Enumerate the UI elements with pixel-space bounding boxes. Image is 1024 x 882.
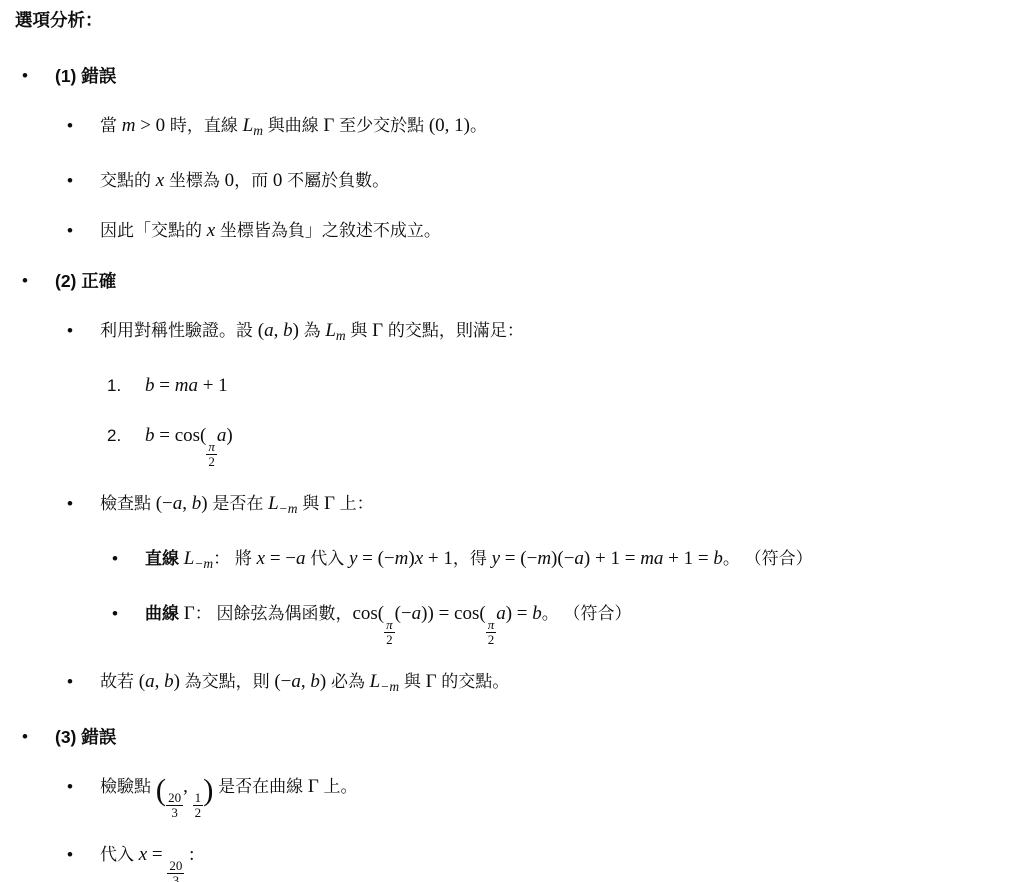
math-run: =: [147, 844, 167, 865]
math-run: a: [145, 671, 155, 692]
math-run: > 0: [135, 115, 165, 136]
list-item-content: 利用對稱性驗證。設 (a, b) 為 Lm 與 Γ 的交點，則滿足：: [100, 316, 1004, 351]
bullet-marker: •: [112, 544, 145, 574]
text-run-bold: 直線: [145, 549, 184, 568]
text-run: 故若: [100, 672, 139, 691]
fraction-denominator: 2: [486, 633, 497, 647]
math-subscript: −m: [194, 556, 213, 571]
text-run: 坐標為: [164, 171, 224, 190]
text-run: 與曲線: [263, 116, 323, 135]
section-3-label: (3) 錯誤: [55, 722, 1004, 752]
math-run: a: [412, 603, 422, 624]
math-run: ma: [175, 375, 198, 396]
math-run: b: [713, 548, 723, 569]
fraction-denominator: 3: [166, 806, 183, 820]
text-run: 坐標皆為負」之敘述不成立。: [215, 221, 441, 240]
list-item: • 利用對稱性驗證。設 (a, b) 為 Lm 與 Γ 的交點，則滿足：: [67, 316, 1004, 351]
math-run: Γ: [372, 320, 383, 341]
math-run: b: [532, 603, 542, 624]
math-run: (−: [274, 671, 291, 692]
text-run: 是否在: [208, 494, 268, 513]
section-label: (3) 錯誤: [55, 727, 116, 747]
fraction-denominator: 2: [206, 455, 217, 469]
list-item-content: b = ma + 1: [145, 371, 1004, 401]
fraction-numerator: 20: [167, 859, 184, 874]
math-run: x: [415, 548, 423, 569]
list-item: • 故若 (a, b) 為交點，則 (−a, b) 必為 L−m 與 Γ 的交點…: [67, 667, 1004, 702]
math-run: a: [264, 320, 274, 341]
math-run: = cos(: [155, 425, 207, 446]
text-run: 。 （符合）: [542, 604, 632, 623]
list-item: • 當 m > 0 時，直線 Lm 與曲線 Γ 至少交於點 (0, 1)。: [67, 111, 1004, 146]
fraction-denominator: 2: [193, 806, 204, 820]
list-item-content: b = cos(π2a): [145, 421, 1004, 469]
section-label: (1) 錯誤: [55, 66, 116, 86]
big-paren-right: ): [203, 772, 213, 807]
text-run: ： 將: [213, 549, 256, 568]
math-run: a: [296, 548, 306, 569]
bullet-marker: •: [22, 266, 55, 296]
list-item-content: 當 m > 0 時，直線 Lm 與曲線 Γ 至少交於點 (0, 1)。: [100, 111, 1004, 146]
math-run: )) = cos(: [421, 603, 486, 624]
text-run: 為交點，則: [180, 672, 274, 691]
math-run: Γ: [324, 493, 335, 514]
list-item: • 檢查點 (−a, b) 是否在 L−m 與 Γ 上：: [67, 489, 1004, 524]
list-item-section-2: • (2) 正確: [22, 266, 1004, 296]
list-item: • 因此「交點的 x 坐標皆為負」之敘述不成立。: [67, 216, 1004, 246]
math-run: cos(: [352, 603, 384, 624]
math-run: (−: [156, 493, 173, 514]
math-run: ) + 1 =: [584, 548, 640, 569]
math-run: :: [184, 844, 194, 865]
math-run: 0: [273, 170, 283, 191]
text-run: 與: [399, 672, 425, 691]
list-item-section-3: • (3) 錯誤: [22, 722, 1004, 752]
math-run: ) =: [506, 603, 533, 624]
text-run: 時，直線: [165, 116, 242, 135]
bullet-marker: •: [67, 840, 100, 870]
text-run: 為: [299, 321, 325, 340]
text-run: 交點的: [100, 171, 156, 190]
section-label: (2) 正確: [55, 271, 116, 291]
fraction: π2: [384, 618, 395, 647]
text-run: ，得: [453, 549, 492, 568]
bullet-marker: •: [67, 667, 100, 697]
section-1-label: (1) 錯誤: [55, 61, 1004, 91]
math-run: x: [207, 220, 215, 241]
math-run: (0, 1): [429, 115, 470, 136]
fraction: 12: [193, 791, 204, 820]
math-run: Γ: [308, 776, 319, 797]
text-run: 不屬於負數。: [282, 171, 389, 190]
list-item-content: 直線 L−m： 將 x = −a 代入 y = (−m)x + 1，得 y = …: [145, 544, 1004, 579]
text-run: 檢查點: [100, 494, 156, 513]
text-run: 至少交於點: [334, 116, 428, 135]
math-run: b: [164, 671, 174, 692]
fraction-numerator: π: [206, 440, 217, 455]
list-item-content: 檢查點 (−a, b) 是否在 L−m 與 Γ 上：: [100, 489, 1004, 524]
text-run: 上。: [319, 777, 358, 796]
list-item-content: 因此「交點的 x 坐標皆為負」之敘述不成立。: [100, 216, 1004, 246]
math-run: Γ: [323, 115, 334, 136]
math-run: b: [145, 425, 155, 446]
big-paren-left: (: [156, 772, 166, 807]
text-run: 代入: [306, 549, 349, 568]
text-run: 與: [298, 494, 324, 513]
text-run: ，而: [234, 171, 273, 190]
math-run: L: [243, 115, 254, 136]
answer-document: 選項分析： • (1) 錯誤 • 當 m > 0 時，直線 Lm 與曲線 Γ 至…: [0, 0, 1024, 882]
fraction: 203: [166, 791, 183, 820]
math-run: )(−: [551, 548, 574, 569]
list-item-content: 檢驗點 (203, 12) 是否在曲線 Γ 上。: [100, 772, 1004, 820]
text-run: ： 因餘弦為偶函數，: [195, 604, 353, 623]
bullet-marker: •: [67, 216, 100, 246]
math-run: x: [257, 548, 265, 569]
text-run: 與: [346, 321, 372, 340]
math-run: ,: [274, 320, 284, 341]
math-run: b: [283, 320, 293, 341]
math-subscript: −m: [380, 679, 399, 694]
math-run: b: [310, 671, 320, 692]
math-run: = (−: [500, 548, 537, 569]
fraction: π2: [486, 618, 497, 647]
list-number: 1.: [107, 371, 145, 401]
math-run: m: [122, 115, 136, 136]
math-run: ,: [301, 671, 311, 692]
fraction-denominator: 3: [167, 874, 184, 882]
math-run: x: [156, 170, 164, 191]
math-run: Γ: [426, 671, 437, 692]
text-run: 的交點，則滿足：: [383, 321, 524, 340]
fraction-numerator: π: [384, 618, 395, 633]
list-item: • 代入 x = 203 :: [67, 840, 1004, 882]
fraction-numerator: π: [486, 618, 497, 633]
math-subscript: m: [336, 328, 346, 343]
math-run: b: [145, 375, 155, 396]
page-title: 選項分析：: [15, 8, 1004, 32]
text-run-bold: 曲線: [145, 604, 184, 623]
list-item: • 檢驗點 (203, 12) 是否在曲線 Γ 上。: [67, 772, 1004, 820]
list-item-content: 故若 (a, b) 為交點，則 (−a, b) 必為 L−m 與 Γ 的交點。: [100, 667, 1004, 702]
math-run: L: [268, 493, 279, 514]
math-subscript: −m: [279, 501, 298, 516]
math-run: ,: [182, 493, 192, 514]
math-run: a: [217, 425, 227, 446]
text-run: 利用對稱性驗證。設: [100, 321, 258, 340]
bullet-marker: •: [67, 489, 100, 519]
math-run: + 1 =: [663, 548, 713, 569]
math-run: m: [395, 548, 409, 569]
math-run: a: [173, 493, 183, 514]
math-run: b: [192, 493, 202, 514]
list-item-content: 曲線 Γ： 因餘弦為偶函數，cos(π2(−a)) = cos(π2a) = b…: [145, 599, 1004, 647]
text-run: 當: [100, 116, 122, 135]
list-item-content: 代入 x = 203 :: [100, 840, 1004, 882]
list-item: • 曲線 Γ： 因餘弦為偶函數，cos(π2(−a)) = cos(π2a) =…: [112, 599, 1004, 647]
math-run: = −: [265, 548, 296, 569]
numbered-list-item: 2. b = cos(π2a): [107, 421, 1004, 469]
list-item-section-1: • (1) 錯誤: [22, 61, 1004, 91]
math-run: ma: [640, 548, 663, 569]
math-run: L: [325, 320, 336, 341]
bullet-marker: •: [67, 772, 100, 802]
math-run: 0: [225, 170, 235, 191]
bullet-marker: •: [22, 722, 55, 752]
math-run: + 1: [423, 548, 453, 569]
fraction: π2: [206, 440, 217, 469]
text-run: 代入: [100, 845, 139, 864]
text-run: 是否在曲線: [213, 777, 307, 796]
math-subscript: m: [253, 123, 263, 138]
fraction-numerator: 1: [193, 791, 204, 806]
math-run: a: [291, 671, 301, 692]
bullet-marker: •: [67, 316, 100, 346]
list-number: 2.: [107, 421, 145, 451]
text-run: 必為: [326, 672, 369, 691]
math-run: m: [537, 548, 551, 569]
math-run: Γ: [184, 603, 195, 624]
numbered-list-item: 1. b = ma + 1: [107, 371, 1004, 401]
text-run: 因此「交點的: [100, 221, 207, 240]
math-run: L: [370, 671, 381, 692]
list-item: • 直線 L−m： 將 x = −a 代入 y = (−m)x + 1，得 y …: [112, 544, 1004, 579]
bullet-marker: •: [22, 61, 55, 91]
fraction-denominator: 2: [384, 633, 395, 647]
text-run: 檢驗點: [100, 777, 156, 796]
text-run: 的交點。: [437, 672, 510, 691]
section-2-label: (2) 正確: [55, 266, 1004, 296]
math-run: ,: [183, 776, 193, 797]
bullet-marker: •: [67, 166, 100, 196]
math-run: y: [492, 548, 500, 569]
math-run: ): [226, 425, 232, 446]
list-item: • 交點的 x 坐標為 0，而 0 不屬於負數。: [67, 166, 1004, 196]
math-run: =: [155, 375, 175, 396]
bullet-marker: •: [112, 599, 145, 629]
list-item-content: 交點的 x 坐標為 0，而 0 不屬於負數。: [100, 166, 1004, 196]
text-run: 。: [470, 116, 487, 135]
math-run: a: [496, 603, 506, 624]
math-run: ,: [155, 671, 165, 692]
math-run: x: [139, 844, 147, 865]
math-run: = (−: [357, 548, 394, 569]
math-run: L: [184, 548, 195, 569]
fraction: 203: [167, 859, 184, 882]
math-run: (−: [395, 603, 412, 624]
text-run: 上：: [335, 494, 374, 513]
math-run: a: [574, 548, 584, 569]
bullet-marker: •: [67, 111, 100, 141]
fraction-numerator: 20: [166, 791, 183, 806]
math-run: + 1: [198, 375, 228, 396]
text-run: 。 （符合）: [723, 549, 813, 568]
